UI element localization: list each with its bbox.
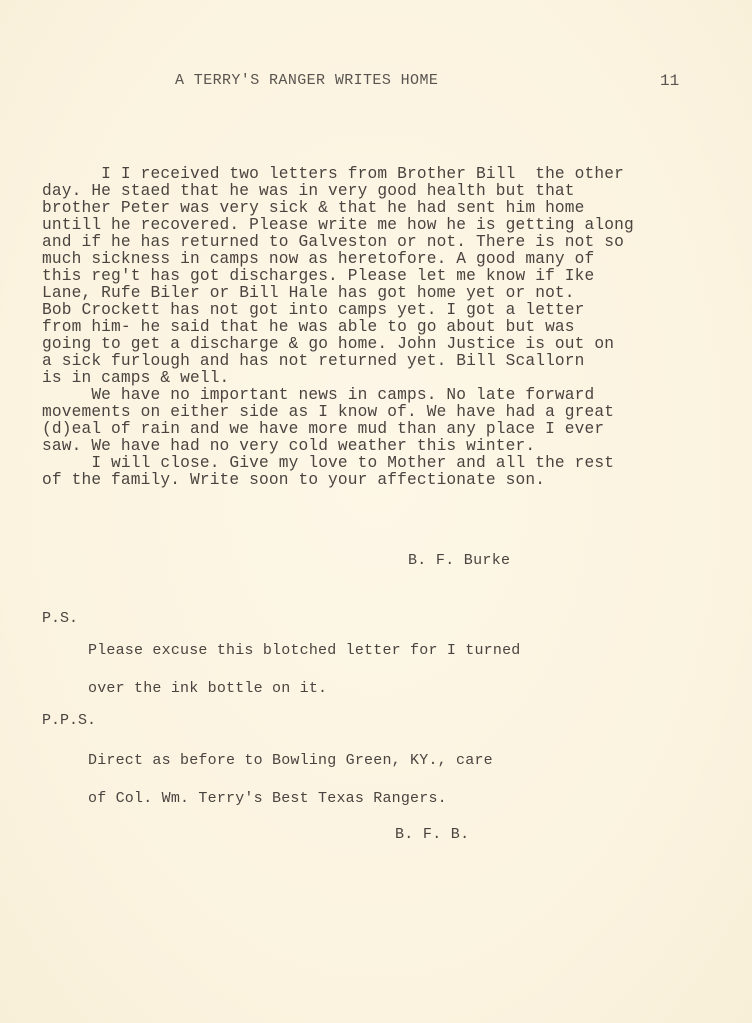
letter-line: day. He staed that he was in very good h… <box>42 183 575 200</box>
post-postscript-label: P.P.S. <box>42 712 96 729</box>
initials: B. F. B. <box>395 826 469 843</box>
letter-line: untill he recovered. Please write me how… <box>42 217 634 234</box>
letter-line: brother Peter was very sick & that he ha… <box>42 200 585 217</box>
letter-line: going to get a discharge & go home. John… <box>42 336 614 353</box>
letter-line: saw. We have had no very cold weather th… <box>42 438 535 455</box>
letter-line: We have no important news in camps. No l… <box>42 387 594 404</box>
postscript-line: Please excuse this blotched letter for I… <box>88 642 520 659</box>
signature: B. F. Burke <box>408 552 510 569</box>
letter-line: movements on either side as I know of. W… <box>42 404 614 421</box>
document-page: A TERRY'S RANGER WRITES HOME 11 I I rece… <box>0 0 752 1023</box>
post-postscript-line: Direct as before to Bowling Green, KY., … <box>88 752 493 769</box>
letter-line: and if he has returned to Galveston or n… <box>42 234 624 251</box>
letter-line: I I received two letters from Brother Bi… <box>42 166 624 183</box>
running-header: A TERRY'S RANGER WRITES HOME <box>175 72 438 89</box>
letter-line: from him- he said that he was able to go… <box>42 319 575 336</box>
letter-line: Bob Crockett has not got into camps yet.… <box>42 302 585 319</box>
letter-line: Lane, Rufe Biler or Bill Hale has got ho… <box>42 285 575 302</box>
letter-line: this reg't has got discharges. Please le… <box>42 268 594 285</box>
letter-line: (d)eal of rain and we have more mud than… <box>42 421 604 438</box>
page-number: 11 <box>660 72 679 90</box>
post-postscript-line: of Col. Wm. Terry's Best Texas Rangers. <box>88 790 447 807</box>
letter-line: a sick furlough and has not returned yet… <box>42 353 585 370</box>
letter-line: is in camps & well. <box>42 370 229 387</box>
postscript-label: P.S. <box>42 610 78 627</box>
letter-line: much sickness in camps now as heretofore… <box>42 251 594 268</box>
letter-line: I will close. Give my love to Mother and… <box>42 455 614 472</box>
postscript-line: over the ink bottle on it. <box>88 680 327 697</box>
letter-line: of the family. Write soon to your affect… <box>42 472 545 489</box>
